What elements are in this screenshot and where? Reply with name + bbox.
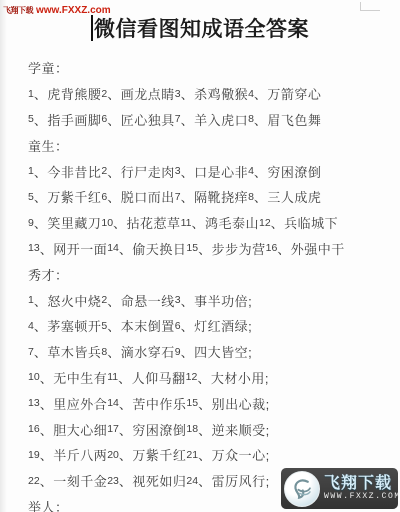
answer-line: 1、怒火中烧 2、命悬一线 3、事半功倍; — [28, 287, 390, 313]
section-label: 童生： — [28, 132, 390, 158]
answer-line: 5、万紫千红 6、脱口而出 7、隔靴挠痒 8、三人成虎 — [28, 184, 390, 210]
top-watermark-url: www.FXXZ.com — [36, 5, 111, 16]
answer-line: 13、网开一面 14、偷天换日 15、步步为营 16、外强中干 — [28, 236, 390, 262]
page-edge-shadow — [0, 0, 7, 512]
answer-line: 7、草木皆兵 8、滴水穿石 9、四大皆空; — [28, 339, 390, 365]
logo-text-block: 飞翔下载 WWW.FXXZ.COM — [324, 475, 398, 502]
top-watermark: 飞翔下载www.FXXZ.com — [3, 3, 111, 17]
answer-line: 9、笑里藏刀 10、拈花惹草 11、鸿毛泰山 12、兵临城下 — [28, 210, 390, 236]
logo-site-url: WWW.FXXZ.COM — [324, 492, 398, 502]
page-title: 微信看图知成语全答案 — [94, 17, 309, 41]
answer-line: 4、茅塞顿开 5、本末倒置 6、灯红酒绿; — [28, 313, 390, 339]
answer-line: 5、指手画脚 6、匠心独具 7、羊入虎口 8、眉飞色舞 — [28, 107, 390, 133]
logo-site-name: 飞翔下载 — [324, 475, 398, 492]
answer-line: 19、半斤八两 20、万紫千红 21、万众一心; — [28, 442, 390, 468]
answer-line: 1、今非昔比 2、行尸走肉 3、口是心非 4、穷困潦倒 — [28, 158, 390, 184]
top-watermark-site-name: 飞翔下载 — [3, 6, 33, 15]
text-cursor — [91, 15, 93, 41]
site-logo-watermark: 飞翔下载 WWW.FXXZ.COM — [281, 468, 398, 509]
answer-line: 16、胆大心细 17、穷困潦倒 18、逆来顺受; — [28, 416, 390, 442]
section-label: 学童： — [28, 55, 390, 81]
answer-line: 10、无中生有 11、人仰马翻 12、大材小用; — [28, 365, 390, 391]
answer-line: 1、虎背熊腰 2、画龙点睛 3、杀鸡儆猴 4、万箭穿心 — [28, 81, 390, 107]
section-label: 秀才： — [28, 261, 390, 287]
margin-corner-mark — [360, 2, 380, 11]
answers-body: 学童：1、虎背熊腰 2、画龙点睛 3、杀鸡儆猴 4、万箭穿心5、指手画脚 6、匠… — [28, 55, 390, 512]
answer-line: 13、里应外合 14、苦中作乐 15、别出心裁; — [28, 390, 390, 416]
logo-bird-icon — [284, 471, 320, 507]
document-title-row: 微信看图知成语全答案 — [0, 12, 400, 46]
